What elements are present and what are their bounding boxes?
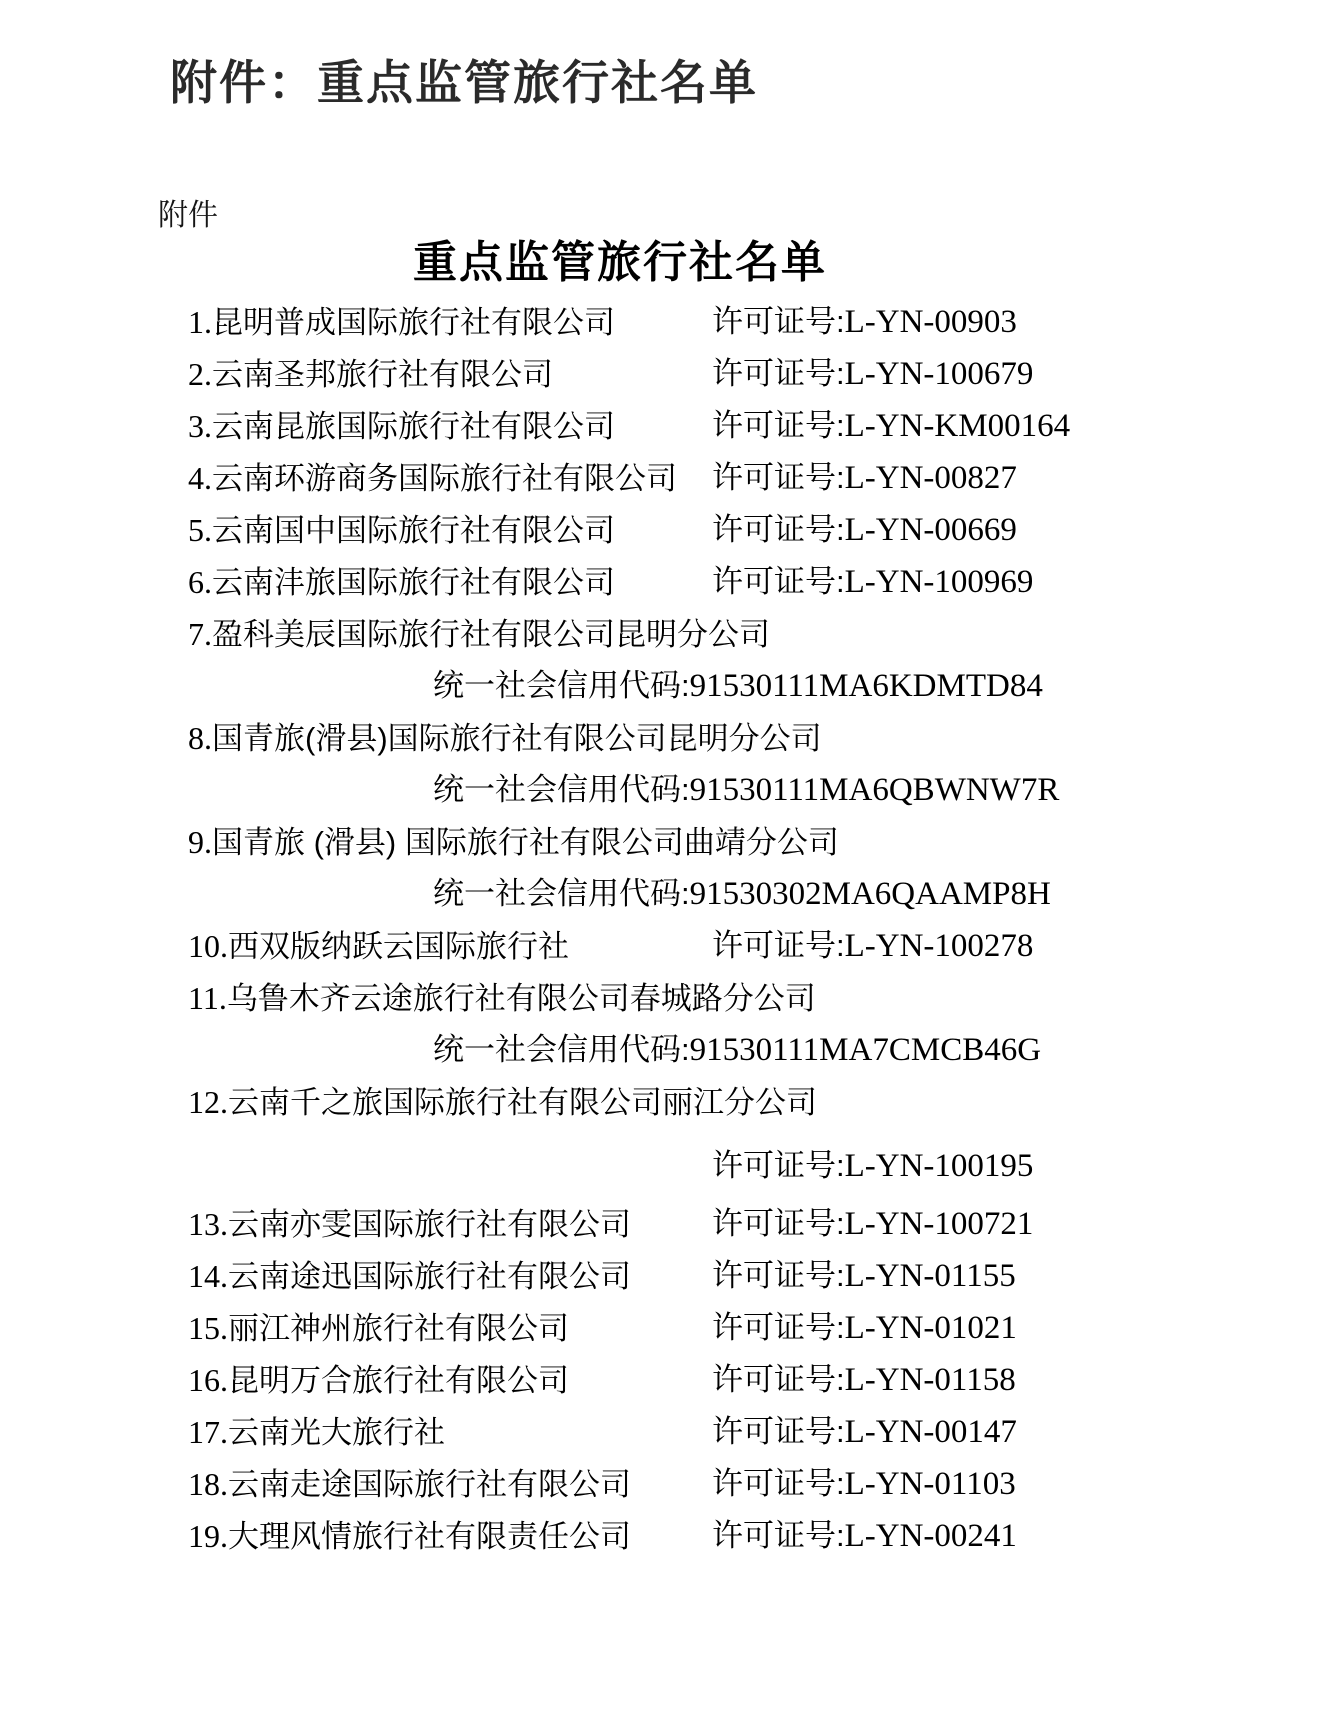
license-field: 许可证号:L-YN-01155 <box>712 1250 1016 1302</box>
license-label: 许可证号: <box>712 1258 845 1293</box>
company-name: 云南光大旅行社 <box>228 1415 445 1450</box>
list-item: 15.丽江神州旅行社有限公司许可证号:L-YN-01021 <box>188 1302 1308 1354</box>
entry-number: 10. <box>188 928 228 964</box>
company-name: 云南途迅国际旅行社有限公司 <box>228 1259 631 1294</box>
license-number: L-YN-00241 <box>845 1518 1017 1554</box>
entry-name-line: 18.云南走途国际旅行社有限公司许可证号:L-YN-01103 <box>188 1458 1308 1510</box>
entry-number: 14. <box>188 1258 228 1294</box>
entry-name-line: 15.丽江神州旅行社有限公司许可证号:L-YN-01021 <box>188 1302 1308 1354</box>
page-title: 重点监管旅行社名单 <box>160 226 1080 290</box>
license-number: L-YN-01158 <box>845 1362 1016 1398</box>
entry-name-line: 12.云南千之旅国际旅行社有限公司丽江分公司 <box>188 1076 1308 1128</box>
credit-code-label: 统一社会信用代码: <box>433 1032 690 1067</box>
entry-number: 9. <box>188 824 212 860</box>
entry-number: 16. <box>188 1362 228 1398</box>
credit-code-label: 统一社会信用代码: <box>433 772 690 807</box>
entry-name-line: 8.国青旅(滑县)国际旅行社有限公司昆明分公司 <box>188 712 1308 764</box>
entry-number: 4. <box>188 460 212 496</box>
license-label: 许可证号: <box>712 1148 845 1183</box>
license-field: 许可证号:L-YN-01158 <box>712 1354 1016 1406</box>
entry-name-line: 10.西双版纳跃云国际旅行社许可证号:L-YN-100278 <box>188 920 1308 972</box>
entry-name-line: 1.昆明普成国际旅行社有限公司许可证号:L-YN-00903 <box>188 296 1308 348</box>
entry-name-line: 13.云南亦雯国际旅行社有限公司许可证号:L-YN-100721 <box>188 1198 1308 1250</box>
credit-code-line: 统一社会信用代码:91530111MA6KDMTD84 <box>188 660 1308 712</box>
license-field: 许可证号:L-YN-00241 <box>712 1510 1017 1562</box>
credit-code-line: 统一社会信用代码:91530111MA6QBWNW7R <box>188 764 1308 816</box>
license-field: 许可证号:L-YN-00827 <box>712 452 1017 504</box>
list-item: 11.乌鲁木齐云途旅行社有限公司春城路分公司统一社会信用代码:91530111M… <box>188 972 1308 1076</box>
credit-code-value: 91530111MA7CMCB46G <box>690 1032 1041 1068</box>
company-name: 云南走途国际旅行社有限公司 <box>228 1467 631 1502</box>
license-number: L-YN-00903 <box>845 304 1017 340</box>
entry-number: 12. <box>188 1084 228 1120</box>
license-field: 许可证号:L-YN-100278 <box>712 920 1033 972</box>
license-field: 许可证号:L-YN-01103 <box>712 1458 1016 1510</box>
company-name: 昆明万合旅行社有限公司 <box>228 1363 569 1398</box>
entry-number: 2. <box>188 356 212 392</box>
license-field: 许可证号:L-YN-100679 <box>712 348 1033 400</box>
license-field: 许可证号:L-YN-100721 <box>712 1198 1033 1250</box>
entry-number: 19. <box>188 1518 228 1554</box>
company-name: 西双版纳跃云国际旅行社 <box>228 929 569 964</box>
license-label: 许可证号: <box>712 1414 845 1449</box>
list-item: 16.昆明万合旅行社有限公司许可证号:L-YN-01158 <box>188 1354 1308 1406</box>
list-item: 18.云南走途国际旅行社有限公司许可证号:L-YN-01103 <box>188 1458 1308 1510</box>
license-field: 许可证号:L-YN-100969 <box>712 556 1033 608</box>
license-number: L-YN-KM00164 <box>845 408 1070 444</box>
license-label: 许可证号: <box>712 1206 845 1241</box>
entry-number: 8. <box>188 720 212 756</box>
license-label: 许可证号: <box>712 1362 845 1397</box>
entry-name-line: 19.大理风情旅行社有限责任公司许可证号:L-YN-00241 <box>188 1510 1308 1562</box>
license-label: 许可证号: <box>712 512 845 547</box>
entry-number: 15. <box>188 1310 228 1346</box>
license-number: L-YN-01103 <box>845 1466 1016 1502</box>
document-header: 附件：重点监管旅行社名单 <box>170 46 758 113</box>
credit-code-line: 统一社会信用代码:91530302MA6QAAMP8H <box>188 868 1308 920</box>
company-name: 乌鲁木齐云途旅行社有限公司春城路分公司 <box>227 981 816 1016</box>
license-field: 许可证号:L-YN-KM00164 <box>712 400 1070 452</box>
license-label: 许可证号: <box>712 460 845 495</box>
license-number: L-YN-01021 <box>845 1310 1017 1346</box>
credit-code-label: 统一社会信用代码: <box>433 668 690 703</box>
credit-code-label: 统一社会信用代码: <box>433 876 690 911</box>
company-name: 盈科美辰国际旅行社有限公司昆明分公司 <box>212 617 770 652</box>
list-item: 19.大理风情旅行社有限责任公司许可证号:L-YN-00241 <box>188 1510 1308 1562</box>
list-item: 7.盈科美辰国际旅行社有限公司昆明分公司统一社会信用代码:91530111MA6… <box>188 608 1308 712</box>
company-name: 大理风情旅行社有限责任公司 <box>228 1519 631 1554</box>
list-item: 5.云南国中国际旅行社有限公司许可证号:L-YN-00669 <box>188 504 1308 556</box>
company-name: 国青旅 (滑县) 国际旅行社有限公司曲靖分公司 <box>212 825 839 860</box>
company-name: 国青旅(滑县)国际旅行社有限公司昆明分公司 <box>212 721 822 756</box>
license-label: 许可证号: <box>712 356 845 391</box>
license-field: 许可证号:L-YN-00903 <box>712 296 1017 348</box>
list-item: 1.昆明普成国际旅行社有限公司许可证号:L-YN-00903 <box>188 296 1308 348</box>
license-number: L-YN-100195 <box>845 1148 1034 1184</box>
license-label: 许可证号: <box>712 1518 845 1553</box>
entry-number: 13. <box>188 1206 228 1242</box>
license-label: 许可证号: <box>712 1310 845 1345</box>
entry-name-line: 3.云南昆旅国际旅行社有限公司许可证号:L-YN-KM00164 <box>188 400 1308 452</box>
license-number: L-YN-100679 <box>845 356 1034 392</box>
entry-name-line: 6.云南沣旅国际旅行社有限公司许可证号:L-YN-100969 <box>188 556 1308 608</box>
company-name: 云南圣邦旅行社有限公司 <box>212 357 553 392</box>
company-name: 云南亦雯国际旅行社有限公司 <box>228 1207 631 1242</box>
license-number: L-YN-100969 <box>845 564 1034 600</box>
list-item: 10.西双版纳跃云国际旅行社许可证号:L-YN-100278 <box>188 920 1308 972</box>
entry-name-line: 5.云南国中国际旅行社有限公司许可证号:L-YN-00669 <box>188 504 1308 556</box>
list-item: 12.云南千之旅国际旅行社有限公司丽江分公司许可证号:L-YN-100195 <box>188 1076 1308 1192</box>
license-number: L-YN-00147 <box>845 1414 1017 1450</box>
credit-code-value: 91530111MA6QBWNW7R <box>690 772 1060 808</box>
list-item: 2.云南圣邦旅行社有限公司许可证号:L-YN-100679 <box>188 348 1308 400</box>
entry-number: 1. <box>188 304 212 340</box>
entry-name-line: 4.云南环游商务国际旅行社有限公司许可证号:L-YN-00827 <box>188 452 1308 504</box>
list-item: 8.国青旅(滑县)国际旅行社有限公司昆明分公司统一社会信用代码:91530111… <box>188 712 1308 816</box>
company-name: 云南环游商务国际旅行社有限公司 <box>212 461 677 496</box>
license-label: 许可证号: <box>712 408 845 443</box>
license-number: L-YN-00827 <box>845 460 1017 496</box>
list-item: 6.云南沣旅国际旅行社有限公司许可证号:L-YN-100969 <box>188 556 1308 608</box>
company-name: 云南千之旅国际旅行社有限公司丽江分公司 <box>228 1085 817 1120</box>
entry-number: 6. <box>188 564 212 600</box>
license-line: 许可证号:L-YN-100195 <box>188 1140 1308 1192</box>
credit-code-value: 91530302MA6QAAMP8H <box>690 876 1051 912</box>
list-item: 9.国青旅 (滑县) 国际旅行社有限公司曲靖分公司统一社会信用代码:915303… <box>188 816 1308 920</box>
entry-name-line: 14.云南途迅国际旅行社有限公司许可证号:L-YN-01155 <box>188 1250 1308 1302</box>
company-name: 云南国中国际旅行社有限公司 <box>212 513 615 548</box>
license-label: 许可证号: <box>712 1466 845 1501</box>
list-item: 14.云南途迅国际旅行社有限公司许可证号:L-YN-01155 <box>188 1250 1308 1302</box>
entry-number: 7. <box>188 616 212 652</box>
license-number: L-YN-00669 <box>845 512 1017 548</box>
entry-number: 3. <box>188 408 212 444</box>
license-field: 许可证号:L-YN-00669 <box>712 504 1017 556</box>
entry-name-line: 7.盈科美辰国际旅行社有限公司昆明分公司 <box>188 608 1308 660</box>
company-name: 云南昆旅国际旅行社有限公司 <box>212 409 615 444</box>
company-name: 昆明普成国际旅行社有限公司 <box>212 305 615 340</box>
license-label: 许可证号: <box>712 304 845 339</box>
credit-code-line: 统一社会信用代码:91530111MA7CMCB46G <box>188 1024 1308 1076</box>
credit-code-value: 91530111MA6KDMTD84 <box>690 668 1043 704</box>
license-field: 许可证号:L-YN-00147 <box>712 1406 1017 1458</box>
license-label: 许可证号: <box>712 928 845 963</box>
license-label: 许可证号: <box>712 564 845 599</box>
entry-number: 11. <box>188 980 227 1016</box>
list-item: 13.云南亦雯国际旅行社有限公司许可证号:L-YN-100721 <box>188 1198 1308 1250</box>
company-name: 丽江神州旅行社有限公司 <box>228 1311 569 1346</box>
list-item: 3.云南昆旅国际旅行社有限公司许可证号:L-YN-KM00164 <box>188 400 1308 452</box>
entry-number: 18. <box>188 1466 228 1502</box>
list-item: 17.云南光大旅行社许可证号:L-YN-00147 <box>188 1406 1308 1458</box>
entry-name-line: 9.国青旅 (滑县) 国际旅行社有限公司曲靖分公司 <box>188 816 1308 868</box>
company-name: 云南沣旅国际旅行社有限公司 <box>212 565 615 600</box>
entry-name-line: 16.昆明万合旅行社有限公司许可证号:L-YN-01158 <box>188 1354 1308 1406</box>
license-number: L-YN-01155 <box>845 1258 1016 1294</box>
entry-number: 5. <box>188 512 212 548</box>
list-item: 4.云南环游商务国际旅行社有限公司许可证号:L-YN-00827 <box>188 452 1308 504</box>
entry-name-line: 11.乌鲁木齐云途旅行社有限公司春城路分公司 <box>188 972 1308 1024</box>
entry-name-line: 17.云南光大旅行社许可证号:L-YN-00147 <box>188 1406 1308 1458</box>
license-field: 许可证号:L-YN-01021 <box>712 1302 1017 1354</box>
entry-number: 17. <box>188 1414 228 1450</box>
license-number: L-YN-100278 <box>845 928 1034 964</box>
entry-name-line: 2.云南圣邦旅行社有限公司许可证号:L-YN-100679 <box>188 348 1308 400</box>
license-number: L-YN-100721 <box>845 1206 1034 1242</box>
agency-list: 1.昆明普成国际旅行社有限公司许可证号:L-YN-009032.云南圣邦旅行社有… <box>188 296 1308 1562</box>
